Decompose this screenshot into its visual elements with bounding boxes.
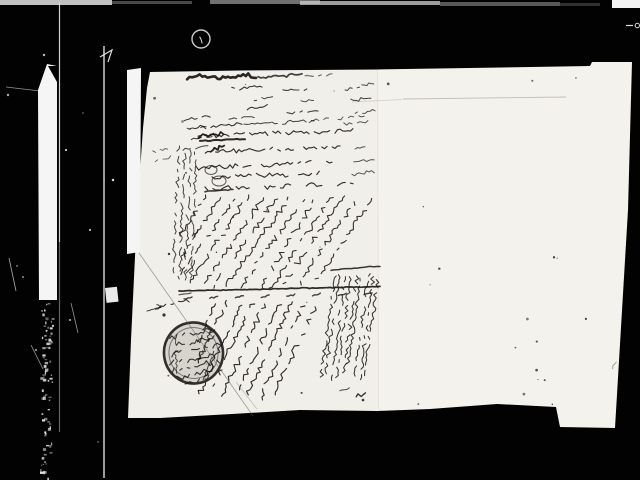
film-speckle (48, 303, 51, 305)
film-speckle (50, 327, 53, 329)
film-speckle (48, 347, 50, 349)
paper-speck (429, 284, 431, 286)
film-speckle (47, 421, 50, 422)
film-strip (38, 64, 57, 300)
film-speck (35, 349, 37, 351)
paper-speck (575, 77, 577, 79)
film-speckle (45, 359, 48, 360)
film-speckle (46, 330, 48, 332)
film-speckle (44, 454, 47, 456)
film-speck (7, 94, 9, 96)
film-speckle (45, 369, 48, 372)
paper-speck (515, 347, 517, 349)
paper-speck (552, 404, 554, 406)
paper-speck (417, 403, 419, 405)
paper-speck (523, 393, 526, 396)
film-speckle (40, 469, 41, 472)
microfilm-scan: Microfilm scan of a handwritten Arabic m… (0, 0, 640, 480)
film-speckle (51, 321, 52, 323)
film-speckle (50, 333, 52, 335)
paper-speck (544, 379, 546, 381)
film-speckle (43, 396, 46, 398)
paper-speck (181, 120, 184, 123)
film-speckle (44, 335, 46, 337)
paper-speck (535, 369, 538, 372)
film-speckle (42, 389, 44, 392)
film-speckle (45, 322, 46, 325)
scratch-line (31, 345, 43, 369)
film-speckle (44, 461, 45, 463)
paper-speck (216, 252, 218, 254)
film-speckle (42, 347, 45, 349)
paper-speck (245, 84, 246, 85)
film-speckle (49, 339, 52, 340)
paper-speck (557, 257, 559, 259)
film-top-streak (612, 0, 640, 8)
film-speckle (52, 325, 54, 327)
film-speckle (42, 314, 45, 317)
film-speckle (52, 318, 55, 320)
paper-speck (438, 267, 440, 269)
film-speckle (49, 445, 51, 448)
film-speckle (45, 362, 48, 365)
film-speckle (48, 428, 51, 431)
paper-speck (526, 318, 529, 321)
film-speckle (46, 304, 47, 306)
film-speck (16, 265, 17, 266)
film-speckle (44, 431, 46, 433)
paper-speck (301, 392, 303, 394)
film-speckle (45, 371, 46, 374)
folio-number-badge: ١ (192, 30, 210, 48)
film-speckle (40, 377, 43, 380)
film-speckle (43, 357, 45, 358)
film-speckle (44, 365, 47, 368)
manuscript-scan-canvas: ١ (0, 0, 640, 480)
film-speck (97, 441, 98, 442)
film-speckle (49, 336, 51, 337)
paper-speck (387, 83, 390, 86)
paper-speck (537, 379, 538, 380)
paper-speck (167, 375, 169, 377)
scratch-line (9, 258, 16, 291)
film-speck (22, 276, 24, 278)
paper-speck (306, 302, 308, 304)
film-speckle (43, 377, 44, 379)
scratch-line (71, 303, 78, 333)
paper-speck (536, 341, 538, 343)
film-speckle (43, 397, 46, 400)
film-speckle (43, 471, 45, 474)
film-notch (105, 287, 119, 303)
film-speckle (42, 457, 45, 459)
film-speckle (52, 382, 54, 383)
film-speckle (46, 445, 49, 446)
film-speckle (50, 452, 53, 454)
film-speck (112, 179, 115, 182)
paper-speck (153, 97, 156, 100)
film-speckle (51, 375, 52, 376)
film-speckle (43, 448, 46, 451)
film-speckle (50, 378, 53, 380)
film-speckle (51, 443, 52, 446)
film-speck (49, 423, 51, 425)
ink-dot (362, 399, 365, 402)
film-top-streak (300, 1, 440, 5)
film-speckle (41, 310, 43, 312)
edge-mark-ring (635, 23, 639, 27)
film-speckle (42, 413, 44, 415)
film-top-streak (440, 2, 560, 6)
paper-speck (585, 318, 587, 320)
film-strip (127, 68, 141, 254)
film-speckle (43, 379, 47, 382)
film-speckle (49, 361, 51, 363)
right-page (377, 62, 632, 428)
ink-dot (168, 253, 170, 255)
film-speck (82, 112, 83, 113)
paper-speck (319, 246, 320, 247)
film-speckle (45, 317, 48, 320)
film-speckle (44, 326, 47, 327)
film-speckle (45, 463, 47, 464)
film-hook-mark (100, 50, 112, 62)
film-speck (65, 149, 67, 151)
film-speck (43, 54, 45, 56)
scratch-line (6, 87, 40, 91)
paper-speck (185, 172, 187, 174)
folio-number: ١ (197, 33, 205, 47)
film-speckle (44, 309, 45, 311)
film-speckle (48, 409, 50, 410)
film-speckle (42, 354, 45, 356)
film-speckle (45, 339, 47, 340)
film-speckle (47, 347, 48, 348)
film-speckle (49, 400, 50, 402)
paper-speck (553, 256, 555, 258)
film-speckle (48, 397, 51, 398)
film-speckle (42, 374, 45, 376)
film-speckle (43, 464, 44, 465)
paper-speck (531, 80, 533, 82)
film-top-streak (112, 1, 192, 4)
film-speckle (44, 418, 47, 421)
film-speckle (48, 380, 50, 382)
paper-speck (423, 206, 424, 207)
film-speck (89, 229, 91, 231)
film-speckle (41, 465, 42, 466)
film-speckle (44, 435, 46, 436)
paper-speck (333, 90, 334, 91)
film-speck (69, 319, 71, 321)
film-top-streak (560, 3, 600, 6)
ink-dot (162, 313, 165, 316)
film-speckle (46, 343, 49, 346)
film-top-streak (0, 0, 112, 5)
film-speckle (47, 327, 49, 329)
film-speckle (42, 337, 43, 339)
